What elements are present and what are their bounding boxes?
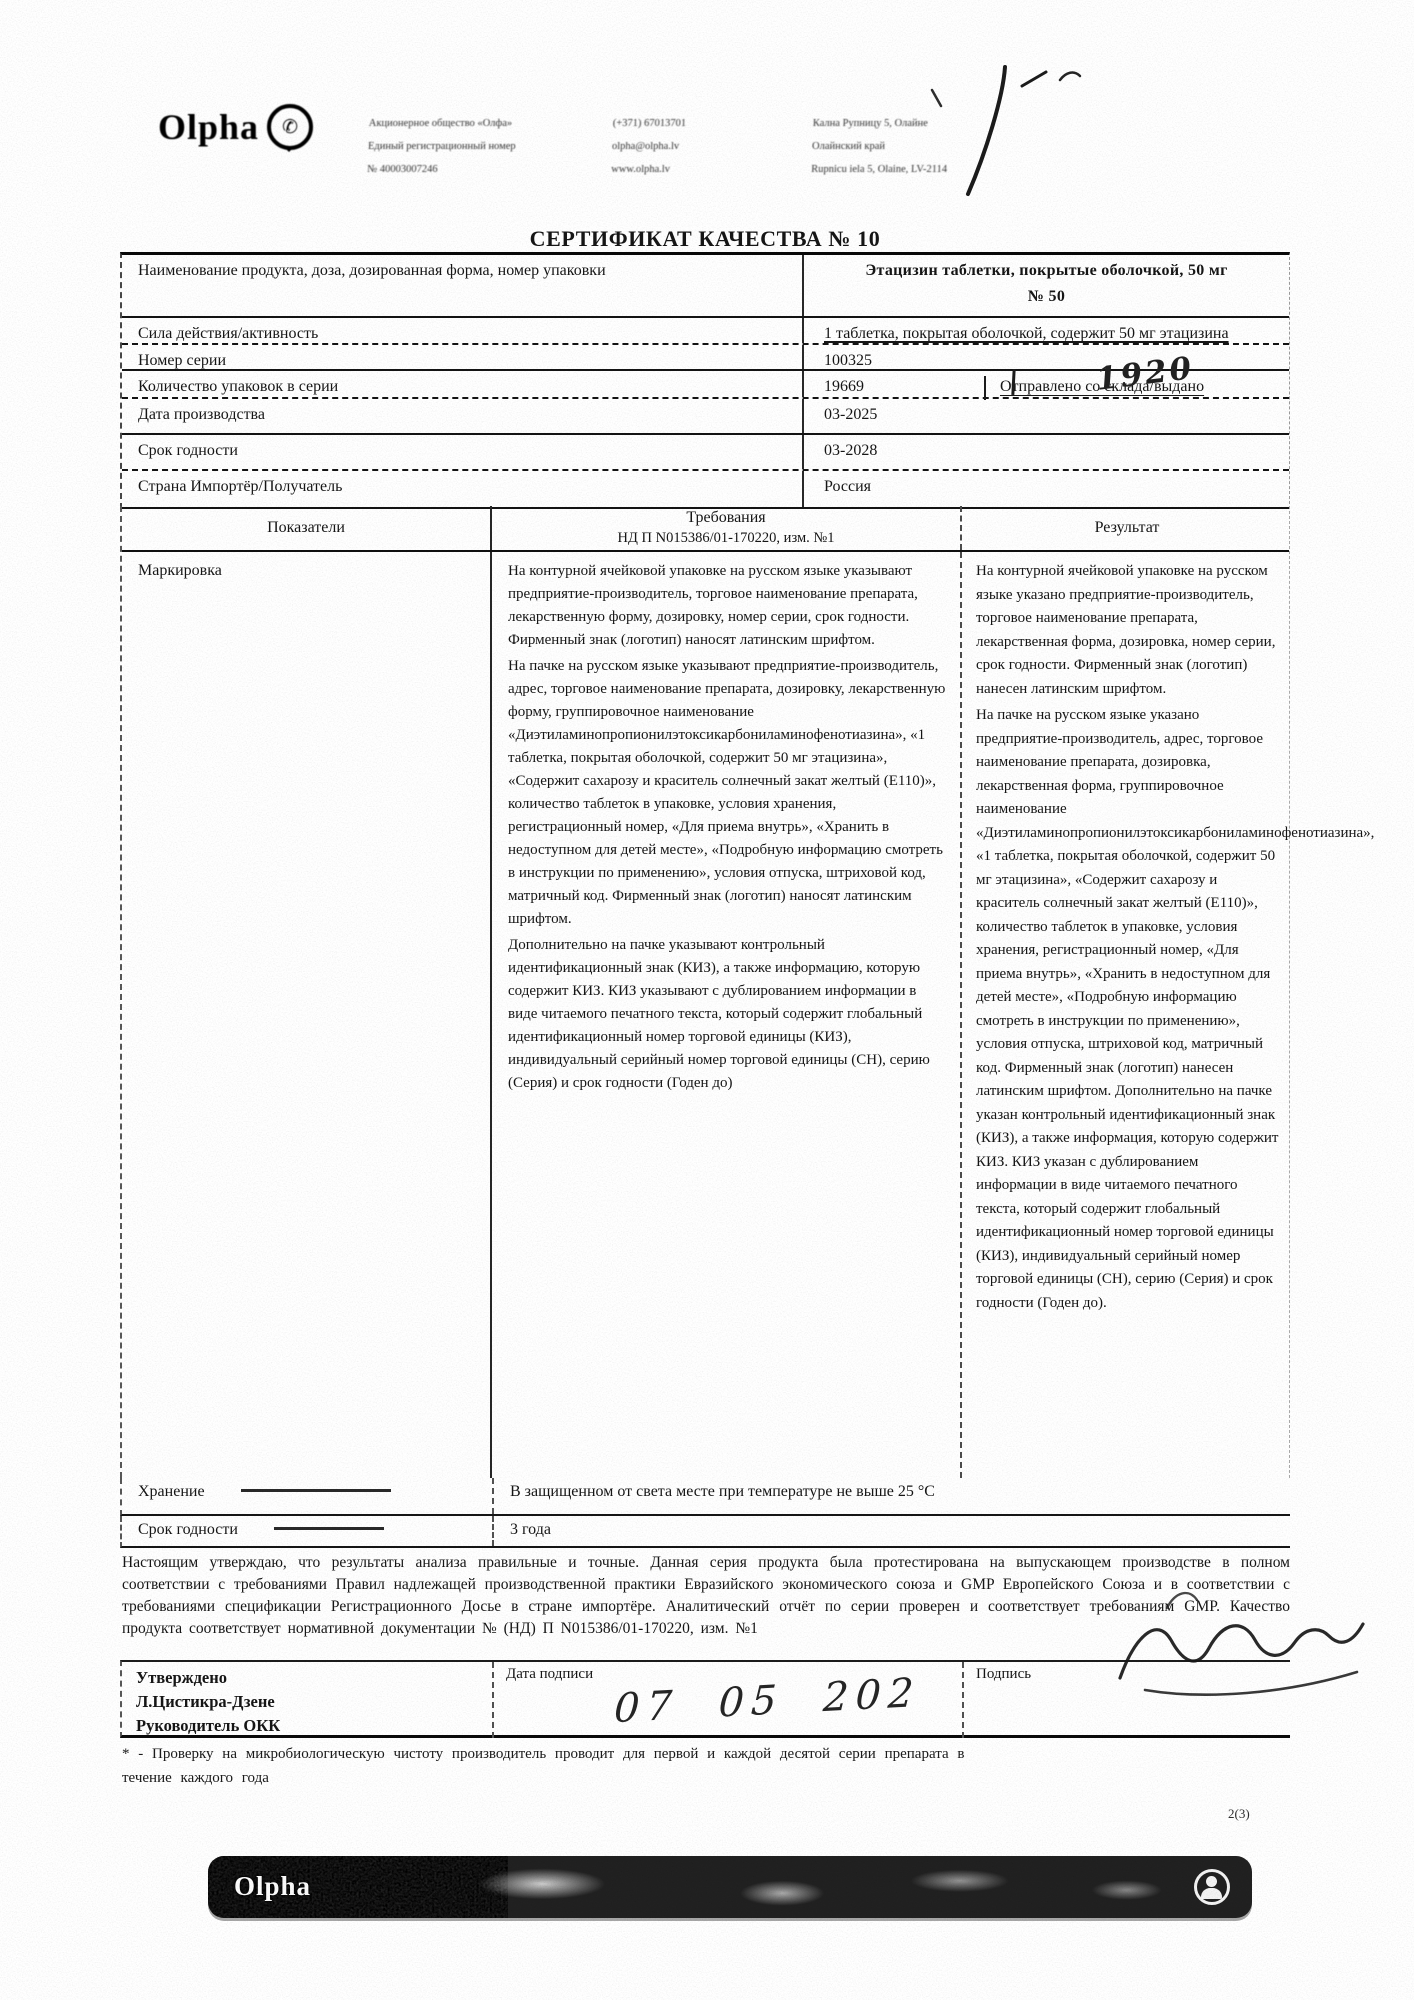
contact-line: Rupnicu iela 5, Olaine, LV-2114: [811, 158, 1042, 181]
table-row: Срок годности 03-2028: [122, 435, 1289, 471]
table-row: Сила действия/активность 1 таблетка, пок…: [122, 318, 1289, 345]
row-value: 100325: [802, 345, 1289, 369]
footnote-line: течение каждого года: [122, 1766, 1290, 1790]
approved-label: Утверждено: [136, 1666, 484, 1690]
row-value: 03-2025: [802, 399, 1289, 433]
pack-quantity: 19669: [824, 374, 984, 400]
signature-block: Утверждено Л.Цистикра-Дзене Руководитель…: [120, 1660, 1290, 1738]
contact-line: olpha@olpha.lv: [612, 135, 843, 158]
row-label: Срок годности: [122, 1516, 492, 1546]
document-title: СЕРТИФИКАТ КАЧЕСТВА № 10: [120, 226, 1290, 252]
contact-line: www.olpha.lv: [611, 158, 842, 181]
product-info-table: Наименование продукта, доза, дозированна…: [120, 252, 1290, 509]
header-indicators: Показатели: [122, 506, 492, 550]
specification-table: Показатели Требования НД П N015386/01-17…: [120, 506, 1290, 1478]
contact-line: (+371) 67013701: [612, 112, 843, 135]
footnote-line: * - Проверку на микробиологическую чисто…: [122, 1742, 1290, 1766]
header-contact-column-1: Акционерное общество «Олфа» Единый регис…: [367, 112, 599, 181]
signature-cell: Подпись: [962, 1662, 1292, 1738]
table-row: Количество упаковок в серии 19669 Отправ…: [122, 371, 1289, 399]
row-label: Хранение: [122, 1478, 492, 1514]
requirement-paragraph: Дополнительно на пачке указывают контрол…: [508, 934, 946, 1095]
table-row: Дата производства 03-2025: [122, 399, 1289, 435]
company-logo: Olpha ✆: [158, 104, 313, 150]
result-paragraph: На пачке на русском языке указано предпр…: [976, 704, 1282, 1315]
requirements-title: Требования: [686, 508, 765, 528]
row-label: Страна Импортёр/Получатель: [122, 471, 802, 507]
requirements-standard: НД П N015386/01-170220, изм. №1: [618, 528, 835, 548]
signature-label: Подпись: [976, 1666, 1284, 1683]
marking-requirement: На контурной ячейковой упаковке на русск…: [492, 552, 962, 1478]
scan-artifact-line: [274, 1527, 384, 1530]
handwritten-quantity: 1920: [1095, 355, 1196, 393]
footer-banner: Olpha: [208, 1856, 1252, 1918]
approved-role: Руководитель ОКК: [136, 1714, 484, 1738]
row-value: 3 года: [492, 1516, 1290, 1546]
pack-count: № 50: [812, 284, 1281, 310]
header-requirements: Требования НД П N015386/01-170220, изм. …: [492, 506, 962, 550]
row-value: 19669 Отправлено со склада/выдано 1920: [802, 371, 1289, 397]
approved-name: Л.Цистикра-Дзене: [136, 1690, 484, 1714]
contact-line: Единый регистрационный номер: [368, 135, 599, 158]
header-contact-column-2: (+371) 67013701 olpha@olpha.lv www.olpha…: [611, 112, 843, 181]
storage-row: Хранение В защищенном от света месте при…: [120, 1478, 1290, 1516]
row-value: Этацизин таблетки, покрытые оболочкой, 5…: [802, 255, 1289, 316]
product-name: Этацизин таблетки, покрытые оболочкой, 5…: [812, 258, 1281, 284]
spec-table-header: Показатели Требования НД П N015386/01-17…: [122, 506, 1289, 552]
row-value: Россия: [802, 471, 1289, 507]
logo-phone-icon: ✆: [267, 104, 313, 150]
row-label: Наименование продукта, доза, дозированна…: [122, 255, 802, 316]
result-paragraph: На контурной ячейковой упаковке на русск…: [976, 560, 1282, 701]
cell-divider: [984, 376, 986, 400]
attestation-paragraph: Настоящим утверждаю, что результаты анал…: [122, 1552, 1290, 1640]
requirement-paragraph: На пачке на русском языке указывают пред…: [508, 655, 946, 931]
contact-line: Олайнский край: [812, 135, 1043, 158]
person-icon: [1194, 1869, 1230, 1905]
table-row: Наименование продукта, доза, дозированна…: [122, 255, 1289, 318]
approved-cell: Утверждено Л.Цистикра-Дзене Руководитель…: [122, 1662, 492, 1738]
footnote: * - Проверку на микробиологическую чисто…: [122, 1742, 1290, 1790]
indicator-marking: Маркировка: [122, 552, 492, 1478]
contact-line: Кална Рупницу 5, Олайне: [812, 112, 1043, 135]
header-contact-column-3: Кална Рупницу 5, Олайне Олайнский край R…: [811, 112, 1043, 181]
requirement-paragraph: На контурной ячейковой упаковке на русск…: [508, 560, 946, 652]
header-result: Результат: [962, 506, 1292, 550]
row-label: Количество упаковок в серии: [122, 371, 802, 397]
row-label: Номер серии: [122, 345, 802, 369]
row-value: В защищенном от света месте при температ…: [492, 1478, 1290, 1514]
page-number: 2(3): [1228, 1806, 1250, 1822]
spec-table-body: Маркировка На контурной ячейковой упаков…: [122, 552, 1289, 1478]
signature-date-cell: Дата подписи 07 05 202: [492, 1662, 962, 1738]
scan-artifact-line: [241, 1489, 391, 1492]
scan-white-blotches: [208, 1856, 1252, 1918]
contact-line: № 40003007246: [367, 158, 598, 181]
row-value: 03-2028: [802, 435, 1289, 469]
row-value: 1 таблетка, покрытая оболочкой, содержит…: [824, 325, 1229, 342]
row-label: Дата производства: [122, 399, 802, 433]
contact-line: Акционерное общество «Олфа»: [368, 112, 599, 135]
shelf-life-row: Срок годности 3 года: [120, 1516, 1290, 1548]
certificate-page: { "ink_color": "#1c1c1c", "header": { "l…: [0, 0, 1414, 2000]
table-row: Страна Импортёр/Получатель Россия: [122, 471, 1289, 509]
footer-logo-text: Olpha: [234, 1871, 311, 1902]
row-label: Сила действия/активность: [122, 318, 802, 343]
marking-result: На контурной ячейковой упаковке на русск…: [962, 552, 1292, 1478]
company-logo-text: Olpha: [158, 106, 259, 148]
row-label: Срок годности: [122, 435, 802, 469]
